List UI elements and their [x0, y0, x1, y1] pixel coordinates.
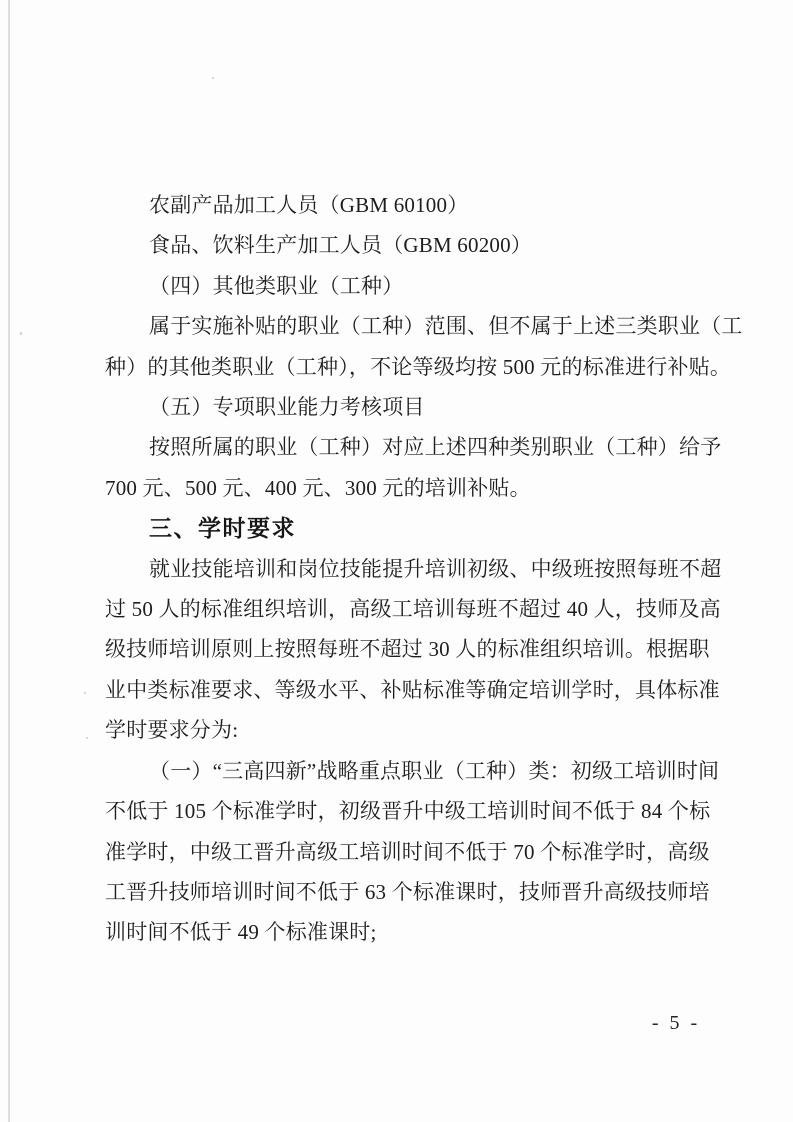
scan-edge-line — [8, 0, 10, 1122]
text-line: （一）“三高四新”战略重点职业（工种）类：初级工培训时间 — [105, 751, 721, 791]
text-line: 属于实施补贴的职业（工种）范围、但不属于上述三类职业（工 — [105, 306, 721, 346]
text-line: 业中类标准要求、等级水平、补贴标准等确定培训学时，具体标准 — [105, 670, 721, 710]
scanned-document-page: 农副产品加工人员（GBM 60100） 食品、饮料生产加工人员（GBM 6020… — [0, 0, 793, 1122]
text-line: 过 50 人的标准组织培训，高级工培训每班不超过 40 人，技师及高 — [105, 589, 721, 629]
scan-speck — [86, 737, 88, 739]
section-heading: 三、学时要求 — [105, 508, 721, 548]
text-line: 准学时，中级工晋升高级工培训时间不低于 70 个标准学时，高级 — [105, 832, 721, 872]
scan-speck — [84, 692, 86, 694]
text-line: 不低于 105 个标准学时，初级晋升中级工培训时间不低于 84 个标 — [105, 791, 721, 831]
scan-speck — [20, 332, 22, 335]
text-line: 种）的其他类职业（工种），不论等级均按 500 元的标准进行补贴。 — [105, 347, 721, 387]
text-line: 700 元、500 元、400 元、300 元的培训补贴。 — [105, 468, 721, 508]
text-line: 食品、饮料生产加工人员（GBM 60200） — [105, 225, 721, 265]
text-line: 级技师培训原则上按照每班不超过 30 人的标准组织培训。根据职 — [105, 629, 721, 669]
document-body: 农副产品加工人员（GBM 60100） 食品、饮料生产加工人员（GBM 6020… — [105, 185, 721, 953]
text-line: 学时要求分为: — [105, 710, 721, 750]
text-line: （四）其他类职业（工种） — [105, 266, 721, 306]
text-line: 训时间不低于 49 个标准课时; — [105, 912, 721, 952]
text-line: 工晋升技师培训时间不低于 63 个标准课时，技师晋升高级技师培 — [105, 872, 721, 912]
text-line: （五）专项职业能力考核项目 — [105, 387, 721, 427]
text-line: 按照所属的职业（工种）对应上述四种类别职业（工种）给予 — [105, 427, 721, 467]
page-number: - 5 - — [630, 1008, 722, 1038]
text-line: 就业技能培训和岗位技能提升培训初级、中级班按照每班不超 — [105, 549, 721, 589]
scan-speck — [212, 77, 214, 79]
text-line: 农副产品加工人员（GBM 60100） — [105, 185, 721, 225]
